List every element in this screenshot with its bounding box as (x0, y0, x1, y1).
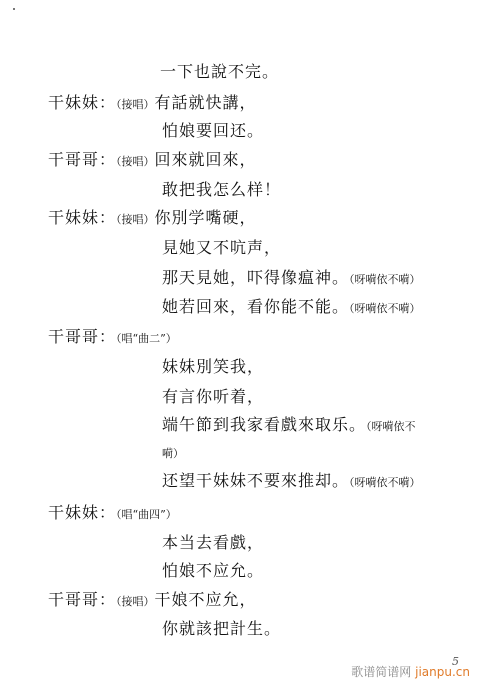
speech-line: 干妹妹：（唱“曲四”） (48, 503, 177, 525)
speaker-label: 干哥哥： (48, 590, 116, 609)
verse-line: 一下也說不完。 (160, 62, 279, 82)
stage-note: （接唱） (116, 595, 155, 608)
stage-note: （接唱） (116, 213, 155, 226)
speaker-label: 干哥哥： (48, 327, 116, 346)
stage-note: （接唱） (116, 155, 155, 168)
verse-line: 怕娘不应允。 (162, 561, 264, 581)
verse-line: 她若回來，看你能不能。（呀嗬依不嗬） (162, 297, 421, 319)
speaker-label: 干妹妹： (48, 208, 116, 227)
refrain-note: （呀嗬依不嗬） (349, 273, 421, 286)
stage-note: （接唱） (116, 98, 155, 111)
speech-line: 干妹妹：（接唱）你別学嘴硬， (48, 208, 257, 230)
speech-line: 干哥哥：（唱“曲二”） (48, 327, 177, 349)
speaker-label: 干妹妹： (48, 93, 116, 112)
verse-line: 見她又不吭声， (162, 238, 281, 258)
stage-note: （唱“曲二”） (116, 332, 177, 345)
scanned-page: 一下也說不完。 干妹妹：（接唱）有話就快講， 怕娘要回还。 干哥哥：（接唱）回來… (0, 0, 488, 690)
verse-line: 端午節到我家看戲來取乐。（呀嗬依不 (162, 415, 416, 437)
refrain-note: （呀嗬依不嗬） (349, 476, 421, 489)
verse-line: 本当去看戲， (162, 533, 264, 553)
speech-line: 干哥哥：（接唱）回來就回來， (48, 150, 257, 172)
verse-line: 还望干妹妹不要來推却。（呀嗬依不嗬） (162, 471, 421, 493)
stage-note: （唱“曲四”） (116, 508, 177, 521)
site-watermark: 歌谱简谱网 jianpu.cn (351, 663, 470, 680)
watermark-latin: jianpu.cn (415, 665, 470, 679)
watermark-cn: 歌谱简谱网 (351, 665, 411, 679)
speaker-label: 干哥哥： (48, 150, 116, 169)
verse-line: 有言你听着， (162, 387, 264, 407)
verse-line: 妹妹別笑我， (162, 357, 264, 377)
speech-line: 干妹妹：（接唱）有話就快講， (48, 93, 257, 115)
scan-speck (13, 8, 15, 10)
speech-line: 干哥哥：（接唱）干娘不应允， (48, 590, 257, 612)
verse-line: 怕娘要回还。 (162, 121, 264, 141)
refrain-note: （呀嗬依不嗬） (349, 302, 421, 315)
verse-line: 敢把我怎么样！ (162, 180, 281, 200)
verse-line: 那天見她，吓得像瘟神。（呀嗬依不嗬） (162, 268, 421, 290)
refrain-note: （呀嗬依不 (366, 420, 416, 433)
verse-line: 你就該把計生。 (162, 619, 281, 639)
verse-continuation: 嗬） (162, 442, 184, 464)
speaker-label: 干妹妹： (48, 503, 116, 522)
